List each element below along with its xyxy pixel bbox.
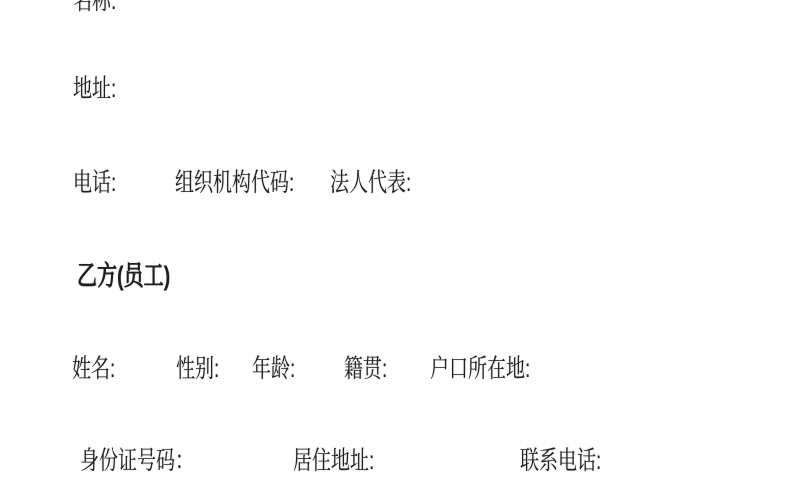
legal-rep-label: 法人代表: (330, 171, 411, 197)
party-b-heading: 乙方(员工) (77, 264, 170, 291)
contract-document-page: 名称: 地址: 电话: 组织机构代码: 法人代表: 乙方(员工) 姓名: 性别:… (0, 0, 800, 500)
party-a-name-label: 名称: (73, 0, 116, 14)
gender-label: 性别: (176, 357, 219, 383)
age-label: 年龄: (252, 357, 295, 383)
residence-address-label: 居住地址: (293, 449, 374, 475)
contact-phone-label: 联系电话: (520, 449, 601, 475)
org-code-label: 组织机构代码: (175, 171, 294, 197)
party-b-name-label: 姓名: (72, 357, 115, 383)
party-a-phone-label: 电话: (73, 171, 116, 197)
native-place-label: 籍贯: (344, 357, 387, 383)
household-location-label: 户口所在地: (430, 357, 530, 383)
party-a-address-label: 地址: (73, 77, 116, 103)
id-number-label: 身份证号码： (80, 449, 194, 475)
